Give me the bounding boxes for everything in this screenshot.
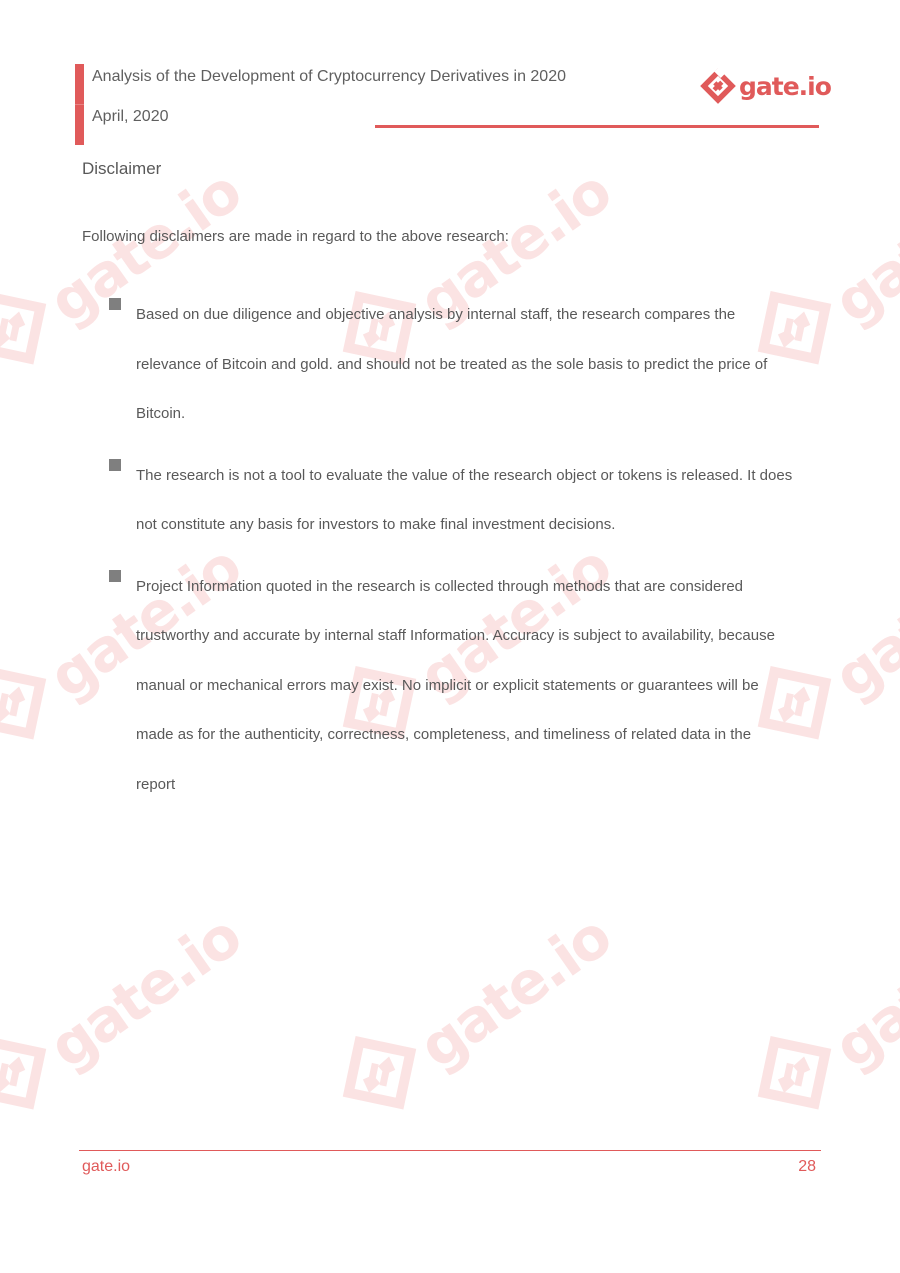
- disclaimer-text-line: Bitcoin.: [136, 389, 824, 439]
- gate-watermark-icon: gate.io: [0, 935, 200, 1105]
- disclaimer-item: Based on due diligence and objective ana…: [109, 290, 824, 439]
- gate-watermark-icon: gate.io: [755, 935, 900, 1105]
- square-bullet-icon: [109, 459, 121, 471]
- disclaimer-item: Project Information quoted in the resear…: [109, 562, 824, 810]
- gate-watermark-icon: gate.io: [340, 935, 570, 1105]
- disclaimer-text-line: trustworthy and accurate by internal sta…: [136, 611, 824, 661]
- disclaimer-text-line: relevance of Bitcoin and gold. and shoul…: [136, 340, 824, 390]
- section-title: Disclaimer: [82, 159, 161, 179]
- svg-text:gate.io: gate.io: [407, 902, 623, 1081]
- footer-brand: gate.io: [82, 1158, 130, 1176]
- gate-logo: gate.io: [700, 66, 831, 106]
- disclaimer-text-line: manual or mechanical errors may exist. N…: [136, 661, 824, 711]
- document-date: April, 2020: [92, 108, 169, 126]
- document-title: Analysis of the Development of Cryptocur…: [92, 68, 566, 86]
- disclaimer-text-line: Project Information quoted in the resear…: [136, 562, 824, 612]
- square-bullet-icon: [109, 570, 121, 582]
- gate-watermark: gate.io: [340, 935, 570, 1105]
- disclaimer-text-line: report: [136, 760, 824, 810]
- footer-rule: [79, 1150, 821, 1151]
- disclaimer-text-line: not constitute any basis for investors t…: [136, 500, 824, 550]
- header-rule: [375, 125, 819, 128]
- svg-text:gate.io: gate.io: [822, 157, 900, 336]
- svg-text:gate.io: gate.io: [37, 902, 253, 1081]
- disclaimer-list: Based on due diligence and objective ana…: [109, 290, 824, 821]
- page-number: 28: [798, 1158, 816, 1176]
- svg-text:gate.io: gate.io: [822, 532, 900, 711]
- disclaimer-item: The research is not a tool to evaluate t…: [109, 451, 824, 550]
- disclaimer-text-line: Based on due diligence and objective ana…: [136, 290, 824, 340]
- disclaimer-text-line: The research is not a tool to evaluate t…: [136, 451, 824, 501]
- svg-text:gate.io: gate.io: [822, 902, 900, 1081]
- gate-logo-icon: [700, 68, 736, 104]
- gate-logo-text: gate.io: [739, 72, 831, 101]
- disclaimer-text-line: made as for the authenticity, correctnes…: [136, 710, 824, 760]
- header-accent-bar: [75, 64, 84, 145]
- gate-watermark: gate.io: [755, 935, 900, 1105]
- section-intro: Following disclaimers are made in regard…: [82, 228, 509, 245]
- square-bullet-icon: [109, 298, 121, 310]
- gate-watermark: gate.io: [0, 935, 200, 1105]
